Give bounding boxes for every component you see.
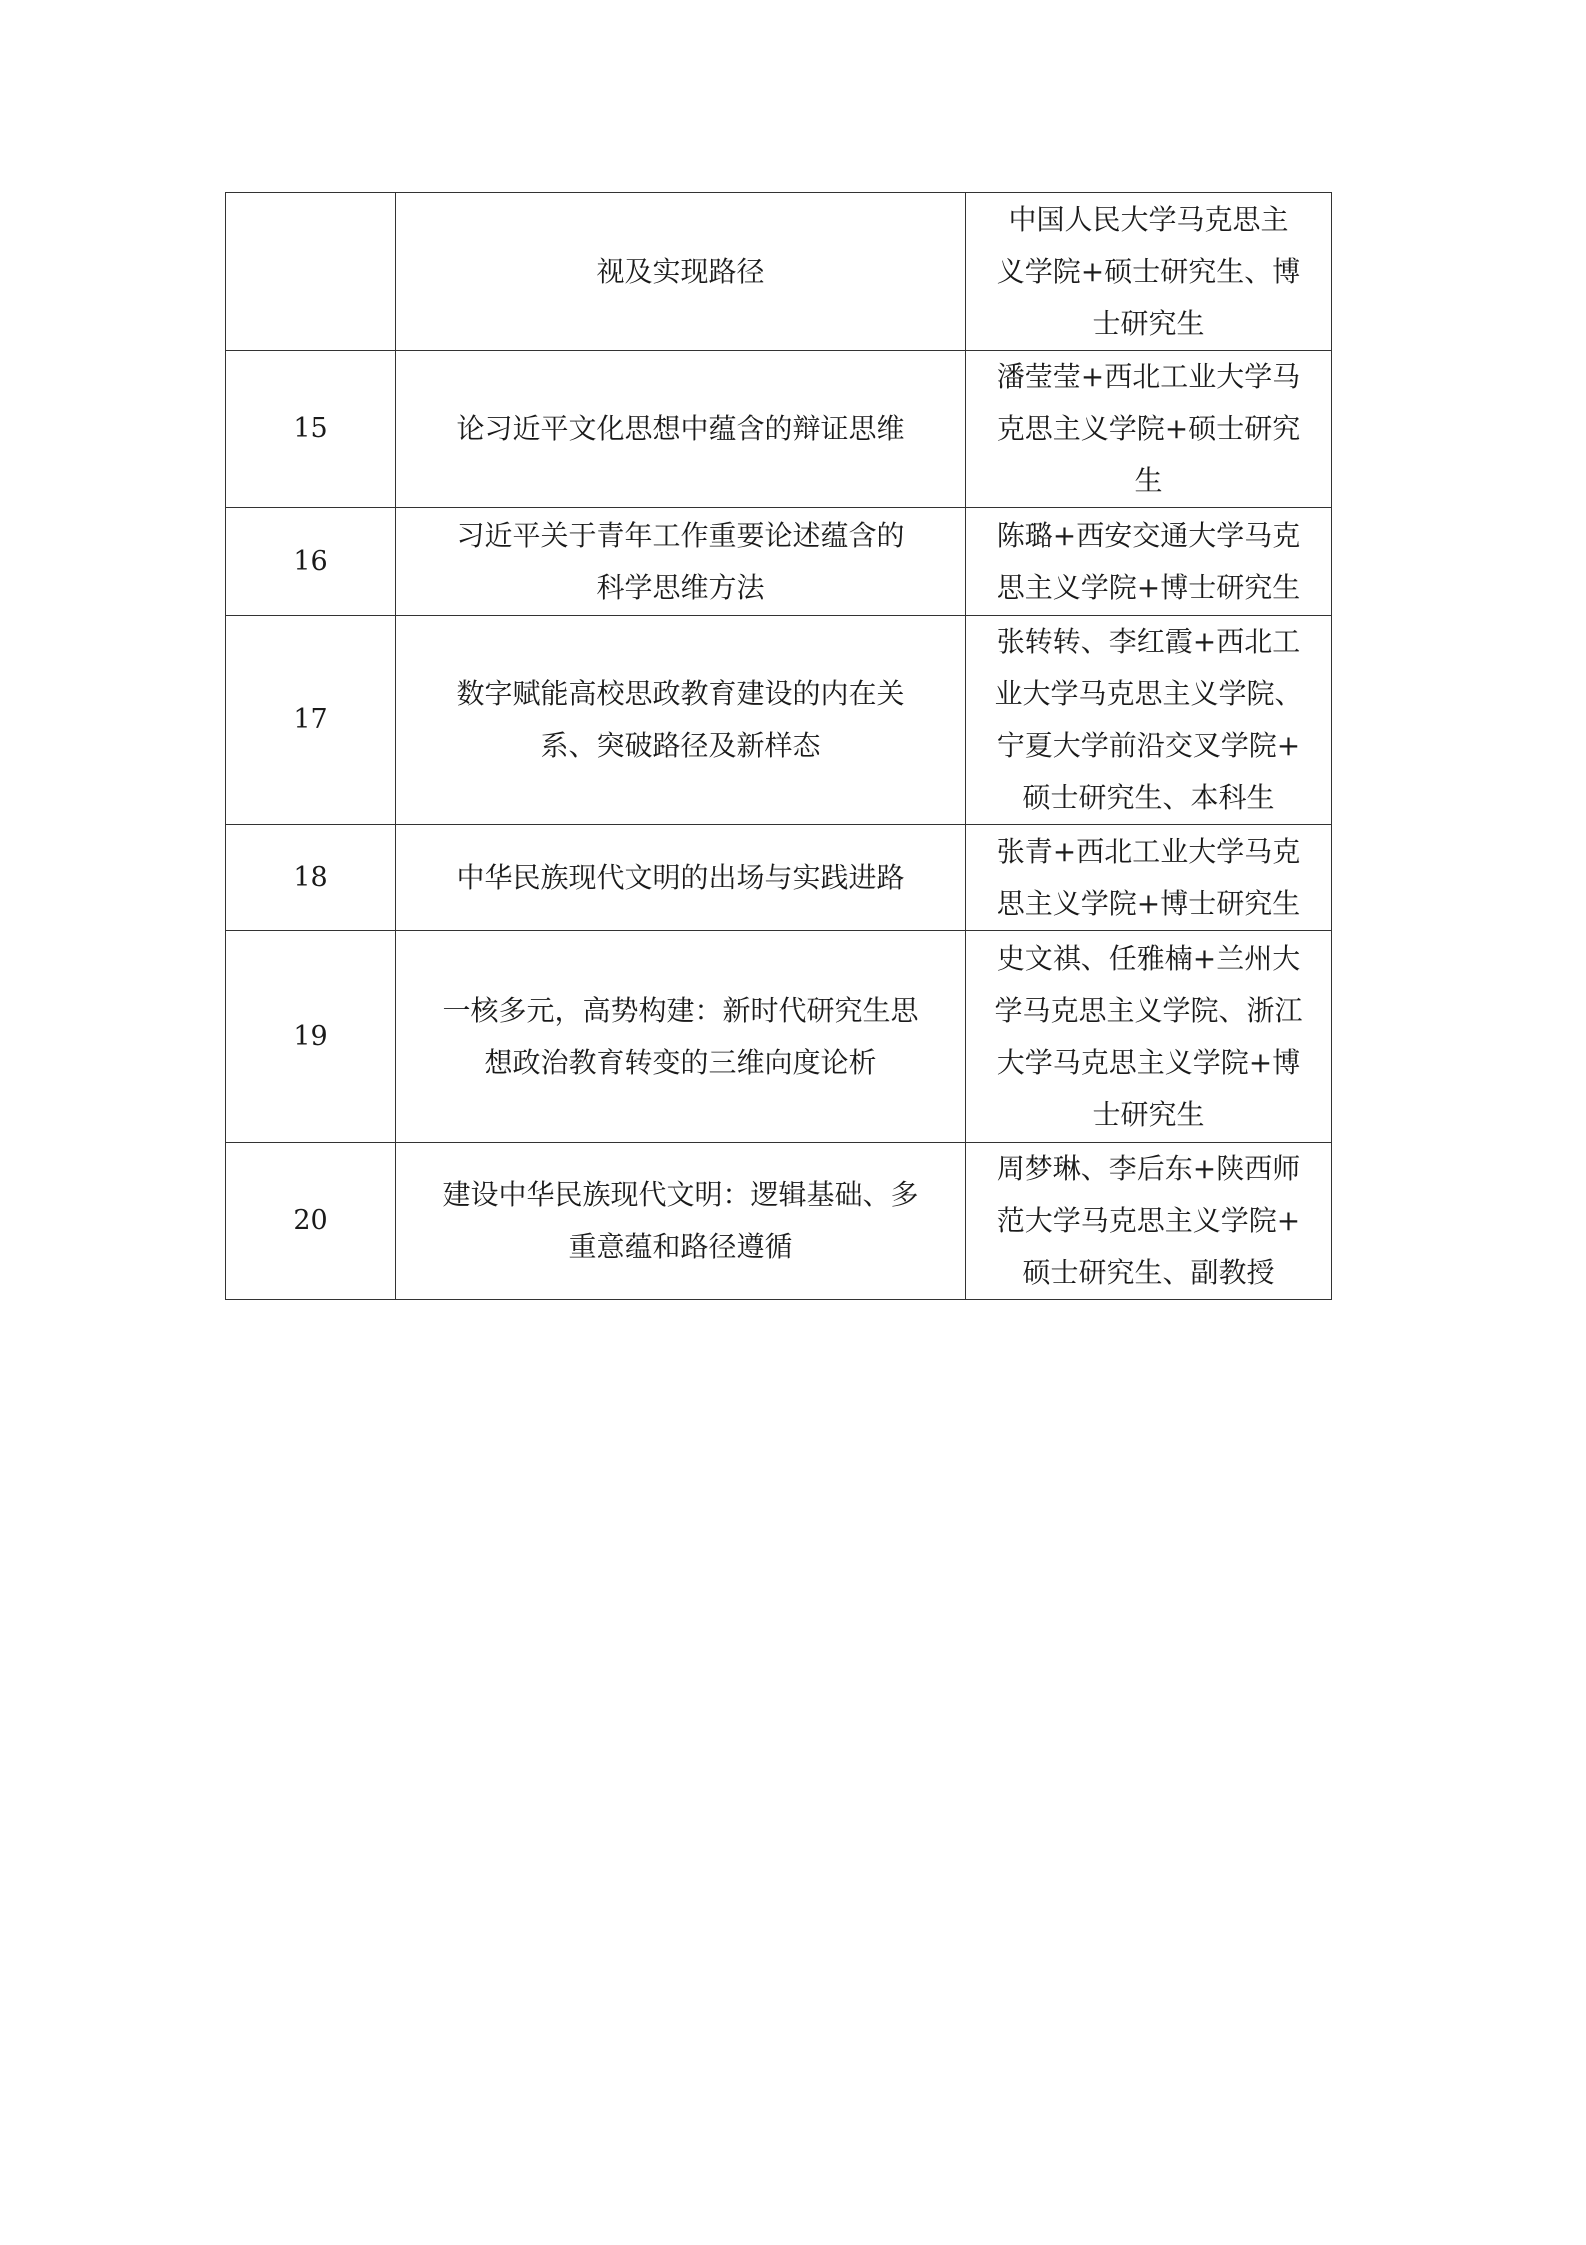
title-line: 重意蕴和路径遵循 (408, 1221, 953, 1273)
row-number: 20 (226, 1143, 396, 1300)
author-line: 中国人民大学马克思主 (980, 194, 1317, 246)
table-row: 17 数字赋能高校思政教育建设的内在关 系、突破路径及新样态 张转转、李红霞+西… (226, 616, 1332, 825)
title-line: 想政治教育转变的三维向度论析 (408, 1037, 953, 1089)
author-info: 中国人民大学马克思主 义学院+硕士研究生、博 士研究生 (966, 193, 1332, 351)
author-line: 张转转、李红霞+西北工 (980, 616, 1317, 668)
author-line: 思主义学院+博士研究生 (980, 562, 1317, 614)
title-line: 科学思维方法 (408, 562, 953, 614)
title-line: 建设中华民族现代文明：逻辑基础、多 (408, 1169, 953, 1221)
author-info: 陈璐+西安交通大学马克 思主义学院+博士研究生 (966, 508, 1332, 616)
table-row: 18 中华民族现代文明的出场与实践进路 张青+西北工业大学马克 思主义学院+博士… (226, 825, 1332, 931)
title-line: 一核多元，高势构建：新时代研究生思 (408, 985, 953, 1037)
table-row: 15 论习近平文化思想中蕴含的辩证思维 潘莹莹+西北工业大学马 克思主义学院+硕… (226, 351, 1332, 508)
title-line: 系、突破路径及新样态 (408, 720, 953, 772)
row-number: 16 (226, 508, 396, 616)
paper-title: 视及实现路径 (396, 193, 966, 351)
author-line: 陈璐+西安交通大学马克 (980, 510, 1317, 562)
row-number: 17 (226, 616, 396, 825)
author-line: 业大学马克思主义学院、 (980, 668, 1317, 720)
author-line: 硕士研究生、副教授 (980, 1247, 1317, 1299)
title-line: 论习近平文化思想中蕴含的辩证思维 (408, 403, 953, 455)
document-page: 视及实现路径 中国人民大学马克思主 义学院+硕士研究生、博 士研究生 15 论习… (0, 0, 1586, 2245)
author-line: 学马克思主义学院、浙江 (980, 985, 1317, 1037)
title-line: 数字赋能高校思政教育建设的内在关 (408, 668, 953, 720)
paper-title: 论习近平文化思想中蕴含的辩证思维 (396, 351, 966, 508)
paper-list-table: 视及实现路径 中国人民大学马克思主 义学院+硕士研究生、博 士研究生 15 论习… (225, 192, 1332, 1300)
paper-title: 习近平关于青年工作重要论述蕴含的 科学思维方法 (396, 508, 966, 616)
author-info: 周梦琳、李后东+陕西师 范大学马克思主义学院+ 硕士研究生、副教授 (966, 1143, 1332, 1300)
table-row: 视及实现路径 中国人民大学马克思主 义学院+硕士研究生、博 士研究生 (226, 193, 1332, 351)
author-line: 士研究生 (980, 1089, 1317, 1141)
table-row: 16 习近平关于青年工作重要论述蕴含的 科学思维方法 陈璐+西安交通大学马克 思… (226, 508, 1332, 616)
author-line: 士研究生 (980, 298, 1317, 350)
author-line: 义学院+硕士研究生、博 (980, 246, 1317, 298)
title-line: 习近平关于青年工作重要论述蕴含的 (408, 510, 953, 562)
row-number (226, 193, 396, 351)
paper-title: 中华民族现代文明的出场与实践进路 (396, 825, 966, 931)
author-info: 张转转、李红霞+西北工 业大学马克思主义学院、 宁夏大学前沿交叉学院+ 硕士研究… (966, 616, 1332, 825)
author-line: 潘莹莹+西北工业大学马 (980, 351, 1317, 403)
author-line: 思主义学院+博士研究生 (980, 878, 1317, 930)
title-line: 中华民族现代文明的出场与实践进路 (408, 852, 953, 904)
row-number: 18 (226, 825, 396, 931)
author-line: 宁夏大学前沿交叉学院+ (980, 720, 1317, 772)
author-line: 周梦琳、李后东+陕西师 (980, 1143, 1317, 1195)
author-line: 史文祺、任雅楠+兰州大 (980, 933, 1317, 985)
paper-title: 一核多元，高势构建：新时代研究生思 想政治教育转变的三维向度论析 (396, 931, 966, 1143)
author-line: 克思主义学院+硕士研究 (980, 403, 1317, 455)
table-row: 20 建设中华民族现代文明：逻辑基础、多 重意蕴和路径遵循 周梦琳、李后东+陕西… (226, 1143, 1332, 1300)
title-line: 视及实现路径 (408, 246, 953, 298)
author-line: 张青+西北工业大学马克 (980, 826, 1317, 878)
paper-title: 数字赋能高校思政教育建设的内在关 系、突破路径及新样态 (396, 616, 966, 825)
author-info: 潘莹莹+西北工业大学马 克思主义学院+硕士研究 生 (966, 351, 1332, 508)
author-info: 史文祺、任雅楠+兰州大 学马克思主义学院、浙江 大学马克思主义学院+博 士研究生 (966, 931, 1332, 1143)
author-line: 范大学马克思主义学院+ (980, 1195, 1317, 1247)
author-line: 大学马克思主义学院+博 (980, 1037, 1317, 1089)
table-row: 19 一核多元，高势构建：新时代研究生思 想政治教育转变的三维向度论析 史文祺、… (226, 931, 1332, 1143)
author-line: 生 (980, 455, 1317, 507)
row-number: 15 (226, 351, 396, 508)
row-number: 19 (226, 931, 396, 1143)
author-line: 硕士研究生、本科生 (980, 772, 1317, 824)
author-info: 张青+西北工业大学马克 思主义学院+博士研究生 (966, 825, 1332, 931)
paper-title: 建设中华民族现代文明：逻辑基础、多 重意蕴和路径遵循 (396, 1143, 966, 1300)
